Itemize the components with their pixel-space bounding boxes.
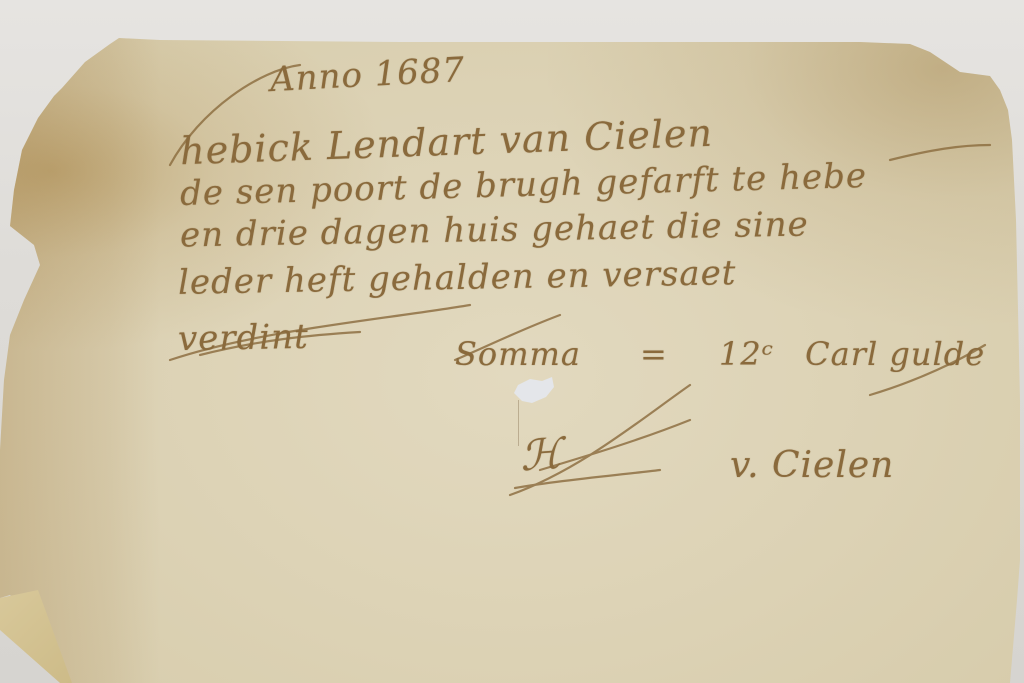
signature-name: v. Cielen xyxy=(730,445,894,486)
summa-label: Somma xyxy=(455,335,581,373)
handwritten-line-5: verdint xyxy=(178,317,309,359)
summa-dash: = xyxy=(640,335,668,373)
signature-mark: ℋ xyxy=(518,429,564,481)
amount-value: 12ᶜ xyxy=(719,335,774,373)
currency: Carl gulde xyxy=(805,335,985,373)
summa-amount: = 12ᶜ Carl gulde xyxy=(640,335,985,373)
